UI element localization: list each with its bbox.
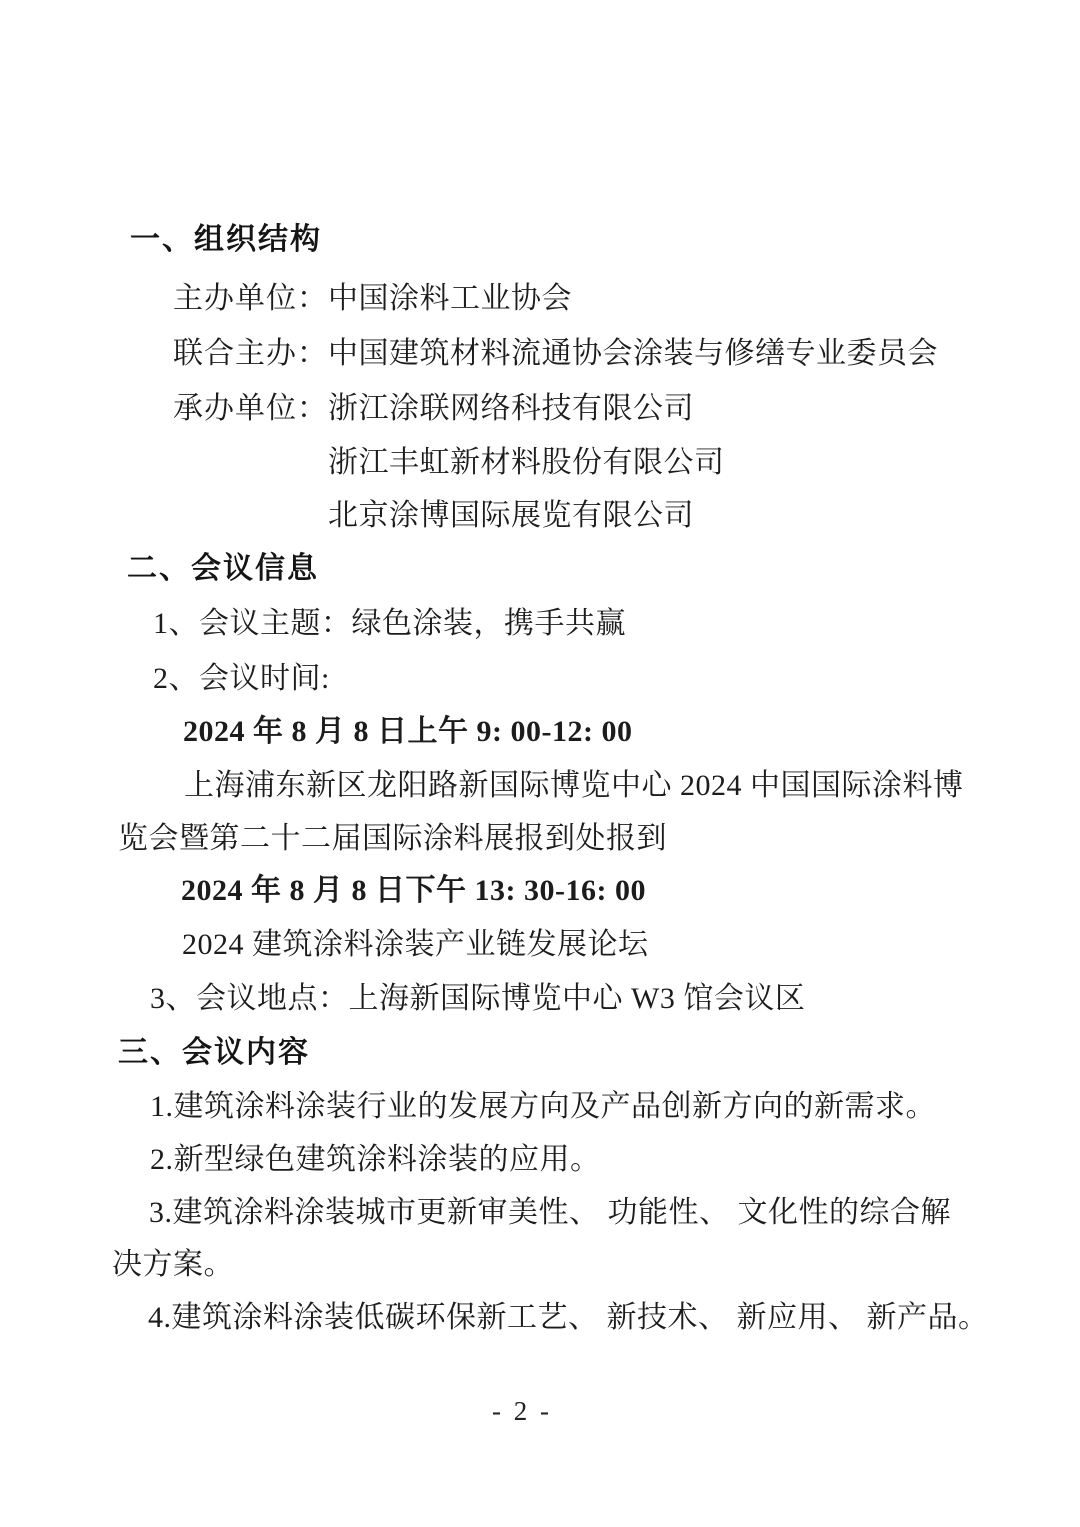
meeting-time-label-line: 2、会议时间: bbox=[153, 661, 330, 697]
organizer-value-1: 浙江涂联网络科技有限公司 bbox=[328, 392, 694, 425]
content-item-3-line-1: 3.建筑涂料涂装城市更新审美性、 功能性、 文化性的综合解 bbox=[149, 1195, 951, 1231]
host-unit-line: 主办单位：中国涂料工业协会 bbox=[173, 281, 572, 317]
page-number: - 2 - bbox=[0, 1396, 1044, 1427]
meeting-location-line: 3、会议地点：上海新国际博览中心 W3 馆会议区 bbox=[150, 981, 805, 1017]
co-host-label: 联合主办： bbox=[173, 337, 328, 370]
organizer-line-2: 浙江丰虹新材料股份有限公司 bbox=[328, 445, 725, 481]
meeting-time-morning-line: 2024 年 8 月 8 日上午 9: 00-12: 00 bbox=[183, 714, 632, 750]
section-heading-meeting-info: 二、会议信息 bbox=[127, 551, 319, 587]
organizer-label: 承办单位： bbox=[173, 392, 328, 425]
content-item-3-line-2: 决方案。 bbox=[112, 1247, 234, 1283]
meeting-theme-line: 1、会议主题：绿色涂装，携手共赢 bbox=[153, 606, 626, 642]
content-item-4: 4.建筑涂料涂装低碳环保新工艺、 新技术、 新应用、 新产品。 bbox=[148, 1300, 989, 1336]
venue-paragraph-line-1: 上海浦东新区龙阳路新国际博览中心 2024 中国国际涂料博 bbox=[184, 768, 964, 804]
meeting-time-afternoon-line: 2024 年 8 月 8 日下午 13: 30-16: 00 bbox=[181, 873, 646, 909]
organizer-line-3: 北京涂博国际展览有限公司 bbox=[328, 498, 694, 534]
content-item-2: 2.新型绿色建筑涂料涂装的应用。 bbox=[150, 1142, 601, 1178]
host-unit-value: 中国涂料工业协会 bbox=[328, 282, 572, 315]
forum-name-line: 2024 建筑涂料涂装产业链发展论坛 bbox=[182, 927, 649, 963]
content-item-1: 1.建筑涂料涂装行业的发展方向及产品创新方向的新需求。 bbox=[150, 1089, 936, 1125]
organizer-line-1: 承办单位：浙江涂联网络科技有限公司 bbox=[173, 391, 694, 427]
co-host-line: 联合主办：中国建筑材料流通协会涂装与修缮专业委员会 bbox=[173, 336, 938, 372]
venue-paragraph-line-2: 览会暨第二十二届国际涂料展报到处报到 bbox=[118, 821, 667, 857]
section-heading-organization: 一、组织结构 bbox=[130, 222, 322, 258]
section-heading-meeting-content: 三、会议内容 bbox=[118, 1035, 310, 1071]
document-page: 一、组织结构 主办单位：中国涂料工业协会 联合主办：中国建筑材料流通协会涂装与修… bbox=[0, 0, 1080, 1527]
co-host-value: 中国建筑材料流通协会涂装与修缮专业委员会 bbox=[328, 337, 938, 370]
host-unit-label: 主办单位： bbox=[173, 282, 328, 315]
